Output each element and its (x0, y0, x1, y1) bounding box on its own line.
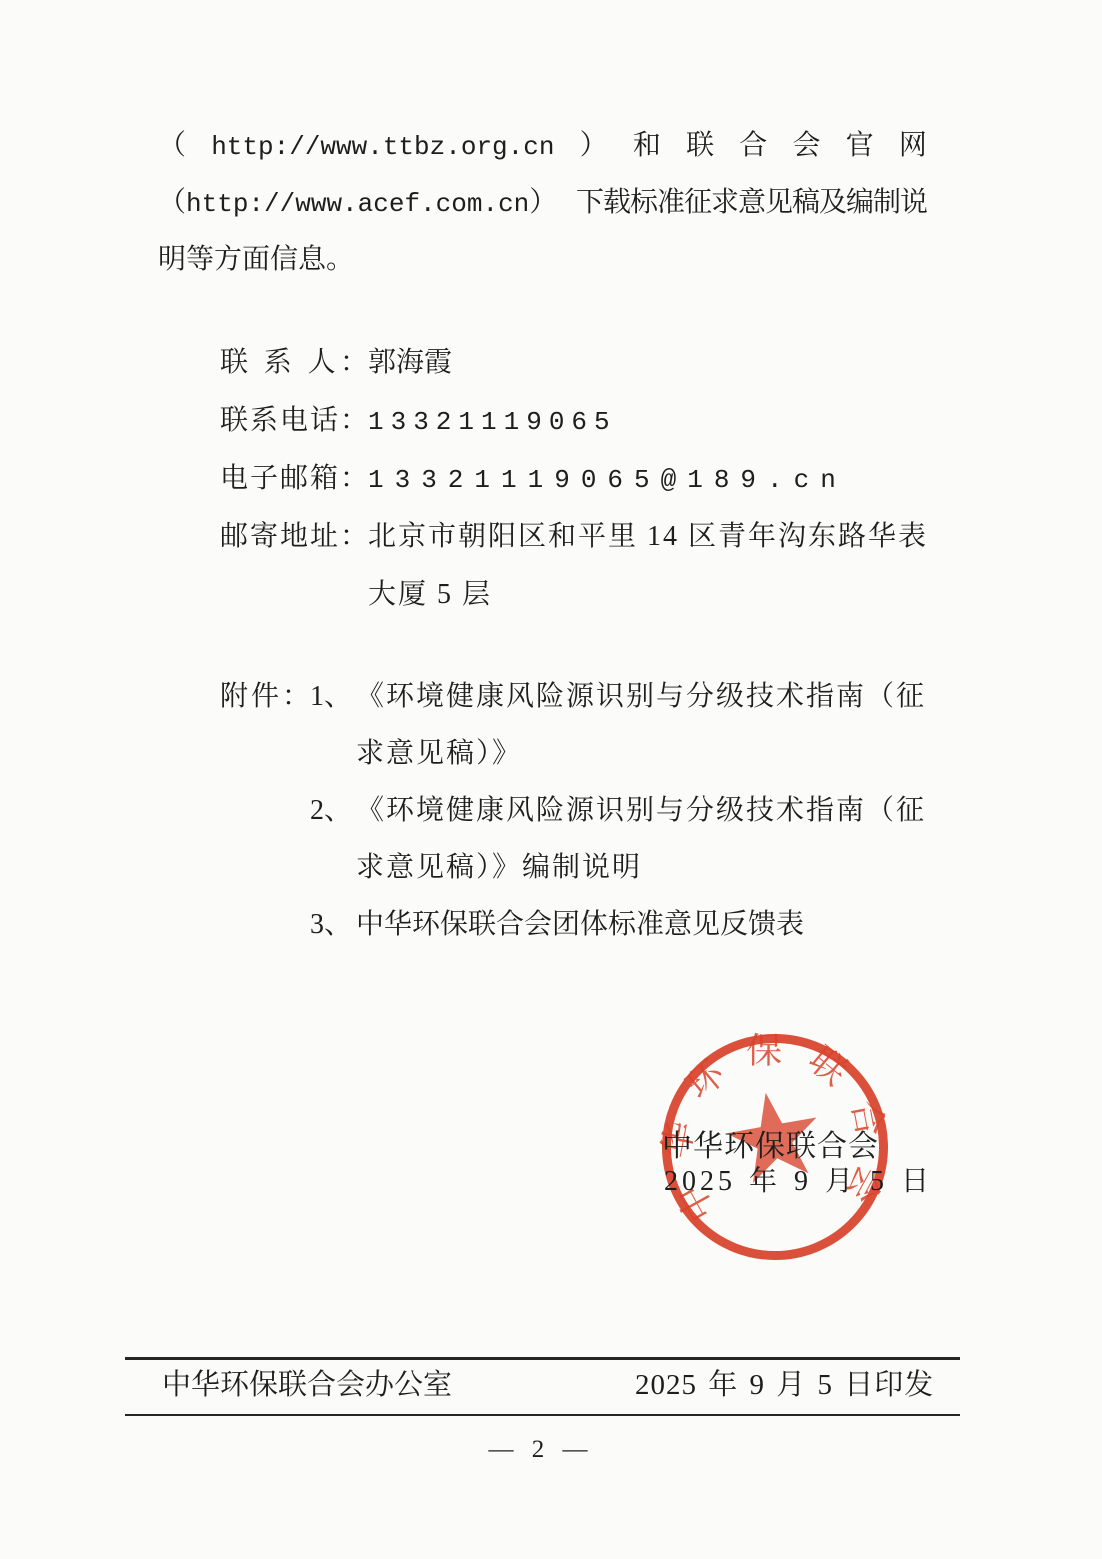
contact-address-row-2: 大厦 5 层 (220, 566, 960, 624)
intro-char: 会 (792, 117, 820, 174)
attachment-row: 2、《环境健康风险源识别与分级技术指南（征 (220, 782, 980, 839)
footer-print-date: 2025 年 9 月 5 日印发 (635, 1371, 934, 1400)
attachment-row: 求意见稿）》 (220, 725, 980, 782)
contact-address-row: 邮寄地址：北京市朝阳区和平里 14 区青年沟东路华表 (220, 508, 960, 566)
intro-char: 网 (899, 117, 927, 174)
intro-paragraph: （ http://www.ttbz.org.cn ） 和 联 合 会 官 网 （… (158, 117, 927, 288)
acef-url-segment: （http://www.acef.com.cn） (158, 174, 557, 233)
attachment-2-line-2: 求意见稿）》编制说明 (356, 839, 642, 896)
contact-address-value-2: 大厦 5 层 (368, 579, 492, 610)
attachment-3-line-1: 中华环保联合会团体标准意见反馈表 (356, 896, 804, 953)
contact-email-label: 电子邮箱： (220, 450, 368, 508)
contact-email-value: 13321119065@189.cn (368, 465, 847, 495)
intro-char: 联 (686, 117, 714, 174)
intro-char: 和 (633, 117, 661, 174)
attachment-row: 求意见稿）》编制说明 (220, 839, 980, 896)
signature-date: 2025 年 9 月 5 日 (664, 1159, 933, 1199)
contact-block: 联 系 人：郭海霞 联系电话：13321119065 电子邮箱：13321119… (220, 334, 960, 624)
attachments-spacer (220, 839, 310, 896)
attachment-row: 3、中华环保联合会团体标准意见反馈表 (220, 896, 980, 953)
attachments-label: 附件： (220, 668, 310, 725)
attachments-spacer (220, 782, 310, 839)
intro-line-3: 明等方面信息。 (158, 231, 927, 288)
attachment-number: 1、 (310, 668, 356, 725)
contact-email-row: 电子邮箱：13321119065@189.cn (220, 450, 960, 508)
attachments-spacer (220, 896, 310, 953)
attachment-row: 附件：1、《环境健康风险源识别与分级技术指南（征 (220, 668, 980, 725)
contact-name-label: 联 系 人： (220, 334, 368, 392)
footer-issuing-office: 中华环保联合会办公室 (162, 1371, 452, 1400)
footer-rule-bottom (125, 1414, 960, 1416)
footer-rule-top (125, 1357, 960, 1360)
document-page: （ http://www.ttbz.org.cn ） 和 联 合 会 官 网 （… (0, 0, 1102, 1559)
contact-name-value: 郭海霞 (368, 347, 452, 378)
intro-line-2-text: 下载标准征求意见稿及编制说 (576, 174, 927, 231)
intro-line-1: （ http://www.ttbz.org.cn ） 和 联 合 会 官 网 (158, 117, 927, 174)
contact-address-value: 北京市朝阳区和平里 14 区青年沟东路华表 (368, 521, 928, 552)
contact-phone-row: 联系电话：13321119065 (220, 392, 960, 450)
contact-phone-label: 联系电话： (220, 392, 368, 450)
acef-url: http://www.acef.com.cn (186, 189, 529, 219)
attachment-number: 3、 (310, 896, 356, 953)
contact-phone-value: 13321119065 (368, 407, 617, 437)
attachment-1-line-2: 求意见稿）》 (356, 725, 522, 782)
attachment-1-line-1: 《环境健康风险源识别与分级技术指南（征 (356, 668, 926, 725)
attachment-2-line-1: 《环境健康风险源识别与分级技术指南（征 (356, 782, 926, 839)
contact-address-label: 邮寄地址： (220, 508, 368, 566)
intro-line-2: （http://www.acef.com.cn） 下载标准征求意见稿及编制说 (158, 174, 927, 231)
intro-char: 官 (846, 117, 874, 174)
attachments-block: 附件：1、《环境健康风险源识别与分级技术指南（征 求意见稿）》 2、《环境健康风… (220, 668, 980, 953)
attachments-spacer (220, 725, 310, 782)
intro-char: 合 (739, 117, 767, 174)
contact-name-row: 联 系 人：郭海霞 (220, 334, 960, 392)
paren-open: （ (158, 117, 186, 174)
attachment-number-spacer (310, 725, 356, 782)
page-number: — 2 — (0, 1436, 1082, 1464)
paren-close: ） (580, 117, 608, 174)
ttbz-url: http://www.ttbz.org.cn (211, 119, 554, 176)
attachment-number: 2、 (310, 782, 356, 839)
attachment-number-spacer (310, 839, 356, 896)
